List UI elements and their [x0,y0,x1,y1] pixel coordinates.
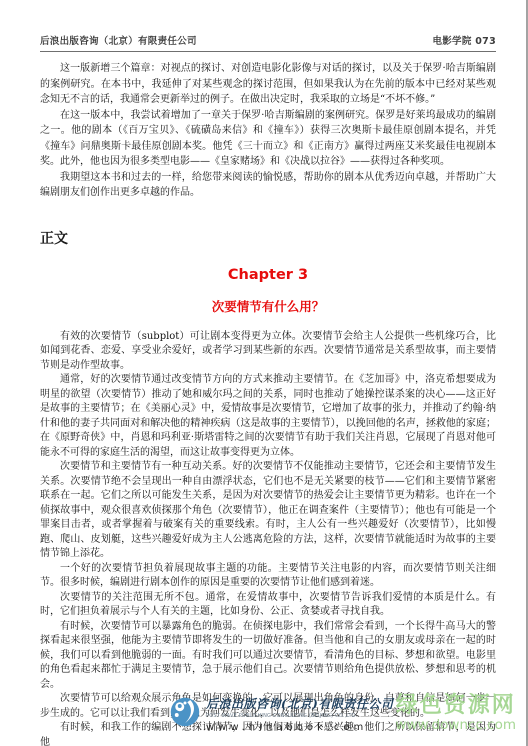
section-label: 正文 [40,228,496,248]
postwave-wave-logo-icon [170,697,200,727]
publisher-name-en: POST WAVE PUBLISHING CONSULTING (BEIJING… [206,713,393,719]
body-paragraph: 有效的次要情节（subplot）可让剧本变得更为立体。次要情节会给主人公提供一些… [40,330,496,374]
page-footer: 后浪出版咨询(北京)有限责任公司 POST WAVE PUBLISHING CO… [0,693,526,741]
body-paragraph: 次要情节的关注范围无所不包。通常，在爱情故事中，次要情节告诉我们爱情的本质是什么… [40,591,496,620]
publisher-website: www.hinabook.com [206,722,393,733]
publisher-block: 后浪出版咨询(北京)有限责任公司 POST WAVE PUBLISHING CO… [170,695,393,733]
book-page: 后浪出版咨询（北京）有限责任公司 电影学院 073 这一版新增三个篇章：对视点的… [0,0,528,746]
publisher-name-cn: 后浪出版咨询(北京)有限责任公司 [206,695,393,712]
body-paragraph: 次要情节和主要情节有一种互动关系。好的次要情节不仅能推动主要情节，它还会和主要情… [40,460,496,562]
chapter-subtitle: 次要情节有什么用？ [40,297,496,315]
preface-paragraph: 在这一版本中，我尝试着增加了一章关于保罗·哈吉斯编剧的案例研究。保罗是好莱坞最成… [40,108,496,170]
preface-paragraph: 我期望这本书和过去的一样，给您带来阅读的愉悦感，帮助你的剧本从优秀迈向卓越，并帮… [40,170,496,201]
body-paragraph: 有时候，次要情节可以暴露角色的脆弱。在侦探电影中，我们常常会看到，一个长得牛高马… [40,620,496,693]
header-page-number: 电影学院 073 [432,33,496,47]
chapter-body-text: 有效的次要情节（subplot）可让剧本变得更为立体。次要情节会给主人公提供一些… [40,330,496,746]
page-header: 后浪出版咨询（北京）有限责任公司 电影学院 073 [40,33,496,52]
site-watermark: 绿色资源网 www.downcc.com [395,693,516,733]
watermark-site-name: 绿色资源网 [395,693,516,718]
preface-paragraph: 这一版新增三个篇章：对视点的探讨、对创造电影化影像与对话的探讨，以及关于保罗·哈… [40,61,496,108]
preface-text: 这一版新增三个篇章：对视点的探讨、对创造电影化影像与对话的探讨，以及关于保罗·哈… [40,61,496,201]
watermark-site-url: www.downcc.com [395,718,516,733]
body-paragraph: 一个好的次要情节担负着展现故事主题的功能。主要情节关注电影的内容，而次要情节则关… [40,562,496,591]
publisher-text-block: 后浪出版咨询(北京)有限责任公司 POST WAVE PUBLISHING CO… [206,695,393,733]
chapter-title: Chapter 3 [40,267,496,283]
header-publisher-label: 后浪出版咨询（北京）有限责任公司 [40,33,197,47]
body-paragraph: 通常，好的次要情节通过改变情节方向的方式来推动主要情节。在《芝加哥》中，洛克希想… [40,373,496,460]
